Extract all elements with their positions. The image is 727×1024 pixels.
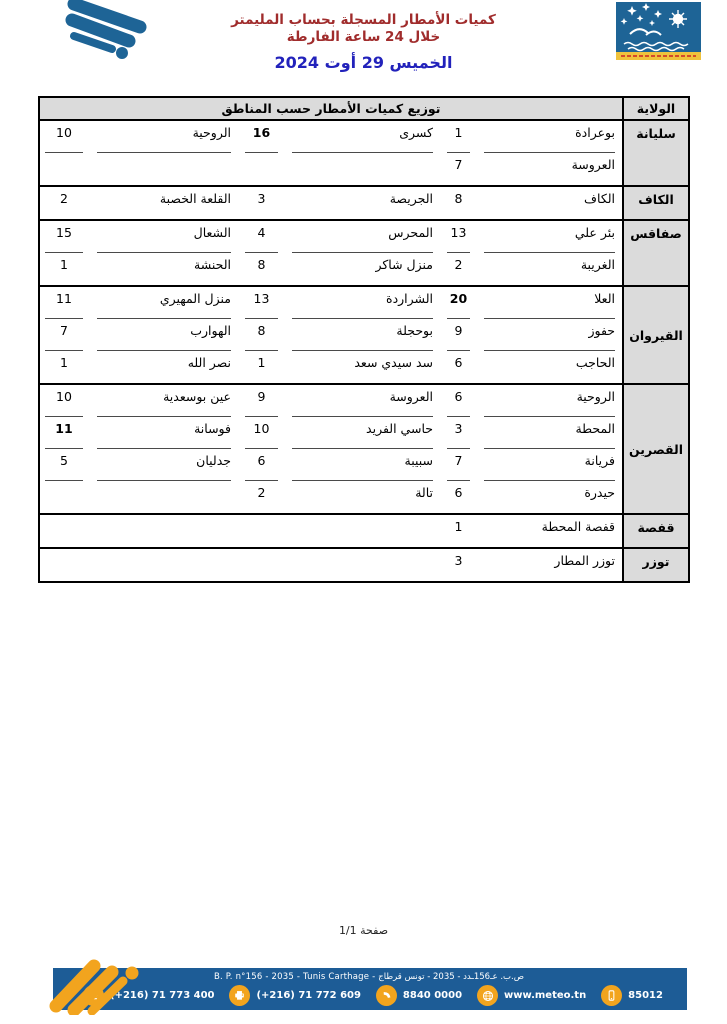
contact-text: 85012 bbox=[628, 990, 663, 1001]
decoration-dot bbox=[126, 967, 139, 980]
fax-icon bbox=[229, 985, 250, 1006]
rainfall-value-cell: 6 bbox=[440, 481, 477, 513]
governorate-name: القيروان bbox=[622, 287, 688, 383]
globe-icon bbox=[477, 985, 498, 1006]
rainfall-value-cell: 7 bbox=[38, 319, 90, 351]
rainfall-report-page: كميات الأمطار المسجلة بحساب المليمتر خلا… bbox=[0, 0, 727, 1024]
rainfall-value-cell bbox=[238, 549, 285, 581]
station-name-cell bbox=[285, 153, 440, 185]
contact-item: www.meteo.tn bbox=[477, 985, 586, 1006]
station-name-cell: الهوارب bbox=[90, 319, 238, 351]
contact-text: (+216) 71 772 609 bbox=[256, 990, 361, 1001]
governorate-name: القصرين bbox=[622, 385, 688, 513]
rainfall-value-cell: 5 bbox=[38, 449, 90, 481]
station-name-cell: جدليان bbox=[90, 449, 238, 481]
rainfall-value-cell: 1 bbox=[38, 253, 90, 285]
station-name-cell: بوعرادة bbox=[477, 121, 622, 153]
rainfall-value-cell: 13 bbox=[238, 287, 285, 319]
governorate-block: القصرينالروحية6العروسة9عين بوسعدية10المح… bbox=[40, 383, 688, 513]
rainfall-value-cell: 20 bbox=[440, 287, 477, 319]
rainfall-value-cell: 8 bbox=[238, 319, 285, 351]
rainfall-value-cell bbox=[38, 481, 90, 513]
station-name-cell: توزر المطار bbox=[477, 549, 622, 581]
table-header-row: الولاية توزيع كميات الأمطار حسب المناطق bbox=[40, 98, 688, 121]
rainfall-value-cell: 6 bbox=[238, 449, 285, 481]
rainfall-value-cell: 2 bbox=[440, 253, 477, 285]
rainfall-value-cell: 7 bbox=[440, 153, 477, 185]
station-name-cell: الكاف bbox=[477, 187, 622, 219]
station-name-cell: الشعال bbox=[90, 221, 238, 253]
governorate-block: توزرتوزر المطار3 bbox=[40, 547, 688, 581]
rainfall-value-cell: 11 bbox=[38, 417, 90, 449]
station-name-cell: تالة bbox=[285, 481, 440, 513]
governorate-name: صفاقس bbox=[622, 221, 688, 285]
governorate-block: صفاقسبئر علي13المحرس4الشعال15الغريبة2منز… bbox=[40, 219, 688, 285]
rainfall-value-cell: 6 bbox=[440, 385, 477, 417]
station-name-cell: العروسة bbox=[285, 385, 440, 417]
rainfall-value-cell bbox=[38, 153, 90, 185]
page-number: صفحة 1/1 bbox=[0, 924, 727, 937]
station-name-cell: العلا bbox=[477, 287, 622, 319]
contact-item: 8840 0000 bbox=[376, 985, 462, 1006]
rainfall-value-cell: 13 bbox=[440, 221, 477, 253]
mobile-icon bbox=[601, 985, 622, 1006]
rainfall-value-cell: 9 bbox=[440, 319, 477, 351]
rainfall-value-cell: 10 bbox=[38, 385, 90, 417]
station-name-cell: منزل المهيري bbox=[90, 287, 238, 319]
governorate-name: قفصة bbox=[622, 515, 688, 547]
station-name-cell bbox=[285, 515, 440, 547]
rainfall-table: الولاية توزيع كميات الأمطار حسب المناطق … bbox=[38, 96, 690, 583]
station-name-cell bbox=[90, 481, 238, 513]
rainfall-value-cell: 11 bbox=[38, 287, 90, 319]
station-name-cell: فوسانة bbox=[90, 417, 238, 449]
contact-text: www.meteo.tn bbox=[504, 990, 586, 1001]
station-name-cell: الروحية bbox=[477, 385, 622, 417]
rainfall-value-cell: 3 bbox=[440, 549, 477, 581]
rainfall-value-cell: 3 bbox=[440, 417, 477, 449]
rainfall-value-cell: 16 bbox=[238, 121, 285, 153]
rainfall-value-cell: 8 bbox=[440, 187, 477, 219]
rain-table-blocks: سليانةبوعرادة1كسرى16الروحية10العروسة7الك… bbox=[40, 121, 688, 581]
rainfall-value-cell: 7 bbox=[440, 449, 477, 481]
rainfall-value-cell: 1 bbox=[440, 515, 477, 547]
station-name-cell: المحرس bbox=[285, 221, 440, 253]
contact-item: (+216) 71 772 609 bbox=[229, 985, 361, 1006]
station-name-cell bbox=[90, 549, 238, 581]
governorate-name: سليانة bbox=[622, 121, 688, 185]
rainfall-value-cell bbox=[238, 153, 285, 185]
station-name-cell: الروحية bbox=[90, 121, 238, 153]
footer-address-arabic: ص.ب. عـ156ـدد - 2035 - تونس قرطاج bbox=[378, 972, 524, 982]
rainfall-value-cell: 10 bbox=[238, 417, 285, 449]
station-name-cell: عين بوسعدية bbox=[90, 385, 238, 417]
contact-item: 85012 bbox=[601, 985, 663, 1006]
station-name-cell: الغريبة bbox=[477, 253, 622, 285]
station-name-cell bbox=[285, 549, 440, 581]
governorate-name: توزر bbox=[622, 549, 688, 581]
station-name-cell: سبيبة bbox=[285, 449, 440, 481]
station-name-cell: حيدرة bbox=[477, 481, 622, 513]
rainfall-value-cell: 10 bbox=[38, 121, 90, 153]
handset-icon bbox=[376, 985, 397, 1006]
station-name-cell: منزل شاكر bbox=[285, 253, 440, 285]
governorate-block: القيروانالعلا20الشراردة13منزل المهيري11ح… bbox=[40, 285, 688, 383]
contact-text: 8840 0000 bbox=[403, 990, 462, 1001]
governorate-block: الكافالكاف8الجريصة3القلعة الخصبة2 bbox=[40, 185, 688, 219]
regions-distribution-header: توزيع كميات الأمطار حسب المناطق bbox=[40, 98, 622, 119]
station-name-cell bbox=[90, 515, 238, 547]
station-name-cell: حفوز bbox=[477, 319, 622, 351]
station-name-cell: فريانة bbox=[477, 449, 622, 481]
station-name-cell: الجريصة bbox=[285, 187, 440, 219]
meteorology-institute-emblem bbox=[616, 2, 701, 60]
rainfall-value-cell: 3 bbox=[238, 187, 285, 219]
station-name-cell: العروسة bbox=[477, 153, 622, 185]
rainfall-value-cell: 15 bbox=[38, 221, 90, 253]
station-name-cell: حاسي الفريد bbox=[285, 417, 440, 449]
station-name-cell: الشراردة bbox=[285, 287, 440, 319]
station-name-cell: قفصة المحطة bbox=[477, 515, 622, 547]
station-name-cell: الحنشة bbox=[90, 253, 238, 285]
rainfall-value-cell: 1 bbox=[440, 121, 477, 153]
rainfall-value-cell: 8 bbox=[238, 253, 285, 285]
rainfall-value-cell: 9 bbox=[238, 385, 285, 417]
station-name-cell: كسرى bbox=[285, 121, 440, 153]
footer-stripes-decoration bbox=[36, 950, 151, 1015]
station-name-cell: نصر الله bbox=[90, 351, 238, 383]
rainfall-value-cell: 1 bbox=[38, 351, 90, 383]
governorate-block: قفصةقفصة المحطة1 bbox=[40, 513, 688, 547]
rainfall-value-cell bbox=[238, 515, 285, 547]
footer-address-latin: B. P. n°156 - 2035 - Tunis Carthage - bbox=[214, 972, 378, 982]
governorate-name: الكاف bbox=[622, 187, 688, 219]
station-name-cell: القلعة الخصبة bbox=[90, 187, 238, 219]
governorate-block: سليانةبوعرادة1كسرى16الروحية10العروسة7 bbox=[40, 121, 688, 185]
rainfall-value-cell: 6 bbox=[440, 351, 477, 383]
rainfall-value-cell: 1 bbox=[238, 351, 285, 383]
station-name-cell: سد سيدي سعد bbox=[285, 351, 440, 383]
governorate-column-header: الولاية bbox=[622, 98, 688, 119]
station-name-cell: بوحجلة bbox=[285, 319, 440, 351]
station-name-cell bbox=[90, 153, 238, 185]
rainfall-value-cell: 2 bbox=[38, 187, 90, 219]
rainfall-value-cell bbox=[38, 515, 90, 547]
station-name-cell: المحطة bbox=[477, 417, 622, 449]
station-name-cell: بئر علي bbox=[477, 221, 622, 253]
station-name-cell: الحاجب bbox=[477, 351, 622, 383]
rainfall-value-cell: 4 bbox=[238, 221, 285, 253]
rainfall-value-cell: 2 bbox=[238, 481, 285, 513]
rainfall-value-cell bbox=[38, 549, 90, 581]
